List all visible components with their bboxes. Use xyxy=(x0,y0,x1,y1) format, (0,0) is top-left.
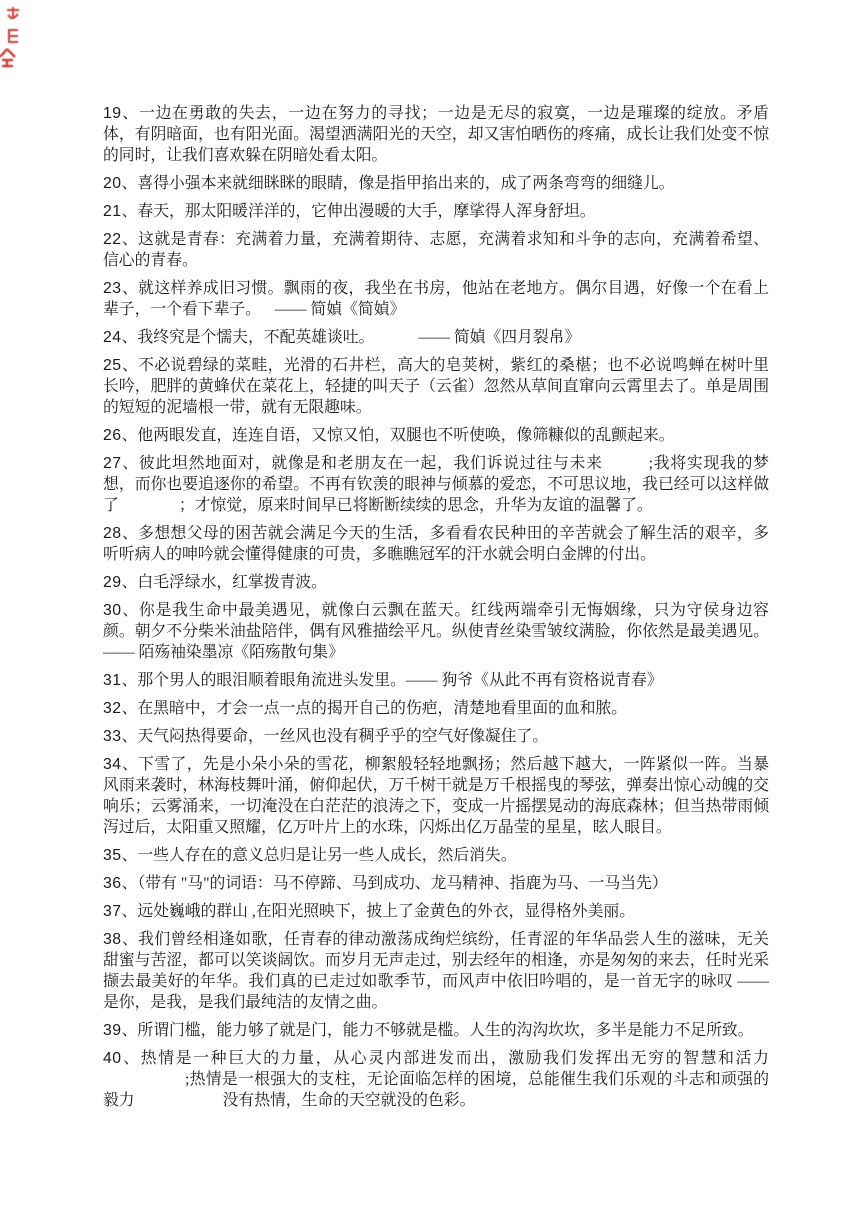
sentence-item: 38、我们曾经相逢如歌，任青春的律动激荡成绚烂缤纷，任青涩的年华品尝人生的滋味，… xyxy=(103,929,769,1013)
sentence-item: 28、多想想父母的困苦就会满足今天的生活，多看看农民种田的辛苦就会了解生活的艰辛… xyxy=(103,523,769,565)
item-number: 35 xyxy=(103,847,122,864)
sentence-item: 19、一边在勇敢的失去，一边在努力的寻找；一边是无尽的寂寞，一边是璀璨的绽放。矛… xyxy=(103,103,769,166)
item-number: 21 xyxy=(103,203,122,220)
sentence-item: 35、一些人存在的意义总归是让另一些人成长，然后消失。 xyxy=(103,845,769,866)
sentence-item: 32、在黑暗中，才会一点一点的揭开自己的伤疤，清楚地看里面的血和脓。 xyxy=(103,698,769,719)
item-number: 28 xyxy=(103,525,122,542)
sentence-item: 33、天气闷热得要命，一丝风也没有稠乎乎的空气好像凝住了。 xyxy=(103,726,769,747)
text-gap-spacer xyxy=(603,467,649,468)
item-number: 36 xyxy=(103,875,122,892)
sentence-item: 23、就这样养成旧习惯。飘雨的夜，我坐在书房，他站在老地方。偶尔目遇，好像一个在… xyxy=(103,278,769,320)
sentence-item: 27、彼此坦然地面对，就像是和老朋友在一起，我们诉说过往与未来;我将实现我的梦想… xyxy=(103,453,769,516)
item-number: 30 xyxy=(103,602,122,619)
sentence-item: 26、他两眼发直，连连自语，又惊又怕，双腿也不听使唤，像筛糠似的乱颤起来。 xyxy=(103,425,769,446)
item-number: 39 xyxy=(103,1022,122,1039)
item-number: 27 xyxy=(103,455,122,472)
sentence-item: 30、你是我生命中最美遇见，就像白云飘在蓝天。红线两端牵引无悔姻缘，只为守侯身边… xyxy=(103,600,769,663)
item-number: 23 xyxy=(103,280,122,297)
item-number: 29 xyxy=(103,574,122,591)
sentence-item: 40、热情是一种巨大的力量，从心灵内部进发而出，激励我们发挥出无穷的智慧和活力;… xyxy=(103,1048,769,1111)
text-gap-spacer xyxy=(135,1104,223,1105)
sentence-item: 34、下雪了，先是小朵小朵的雪花，柳絮般轻轻地飘扬；然后越下越大，一阵紧似一阵。… xyxy=(103,754,769,838)
item-number: 38 xyxy=(103,931,122,948)
red-mark-icon xyxy=(0,48,17,68)
item-number: 22 xyxy=(103,231,122,248)
item-number: 32 xyxy=(103,700,122,717)
item-number: 34 xyxy=(103,756,122,773)
sentence-item: 37、远处巍峨的群山 ,在阳光照映下，披上了金黄色的外衣，显得格外美丽。 xyxy=(103,901,769,922)
text-gap-spacer xyxy=(374,341,418,342)
sentence-item: 22、这就是青春：充满着力量，充满着期待、志愿，充满着求知和斗争的志向，充满着希… xyxy=(103,229,769,271)
item-number: 24 xyxy=(103,329,122,346)
sentence-item: 21、春天，那太阳暖洋洋的，它伸出漫暖的大手，摩挲得人浑身舒坦。 xyxy=(103,201,769,222)
item-number: 20 xyxy=(103,175,122,192)
sentence-item: 39、所谓门槛，能力够了就是门，能力不够就是槛。人生的沟沟坎坎，多半是能力不足所… xyxy=(103,1020,769,1041)
item-number: 37 xyxy=(103,903,122,920)
red-stamp-marks xyxy=(0,4,30,84)
sentence-item: 24、我终究是个懦夫，不配英雄谈吐。—— 简媜《四月裂帛》 xyxy=(103,327,769,348)
red-mark-icon xyxy=(6,6,20,20)
red-mark-icon xyxy=(6,28,20,44)
sentence-item: 25、不必说碧绿的菜畦，光滑的石井栏，高大的皂荚树，紫红的桑椹；也不必说鸣蝉在树… xyxy=(103,355,769,418)
item-number: 19 xyxy=(103,105,122,122)
document-page: { "page": { "background": "#ffffff", "te… xyxy=(0,0,860,1218)
sentence-list: 19、一边在勇敢的失去，一边在努力的寻找；一边是无尽的寂寞，一边是璀璨的绽放。矛… xyxy=(103,103,769,1118)
text-gap-spacer xyxy=(119,509,179,510)
item-number: 25 xyxy=(103,357,122,374)
sentence-item: 31、那个男人的眼泪顺着眼角流进头发里。—— 狗爷《从此不再有资格说青春》 xyxy=(103,670,769,691)
item-number: 26 xyxy=(103,427,122,444)
text-gap-spacer xyxy=(261,313,275,314)
item-number: 31 xyxy=(103,672,122,689)
sentence-item: 36、（带有 "马"的词语：马不停蹄、马到成功、龙马精神、指鹿为马、一马当先） xyxy=(103,873,769,894)
text-gap-spacer xyxy=(103,1083,185,1084)
sentence-item: 29、白毛浮绿水，红掌拨青波。 xyxy=(103,572,769,593)
item-number: 33 xyxy=(103,728,122,745)
item-number: 40 xyxy=(103,1050,122,1067)
sentence-item: 20、喜得小强本来就细眯眯的眼睛，像是指甲掐出来的，成了两条弯弯的细缝儿。 xyxy=(103,173,769,194)
